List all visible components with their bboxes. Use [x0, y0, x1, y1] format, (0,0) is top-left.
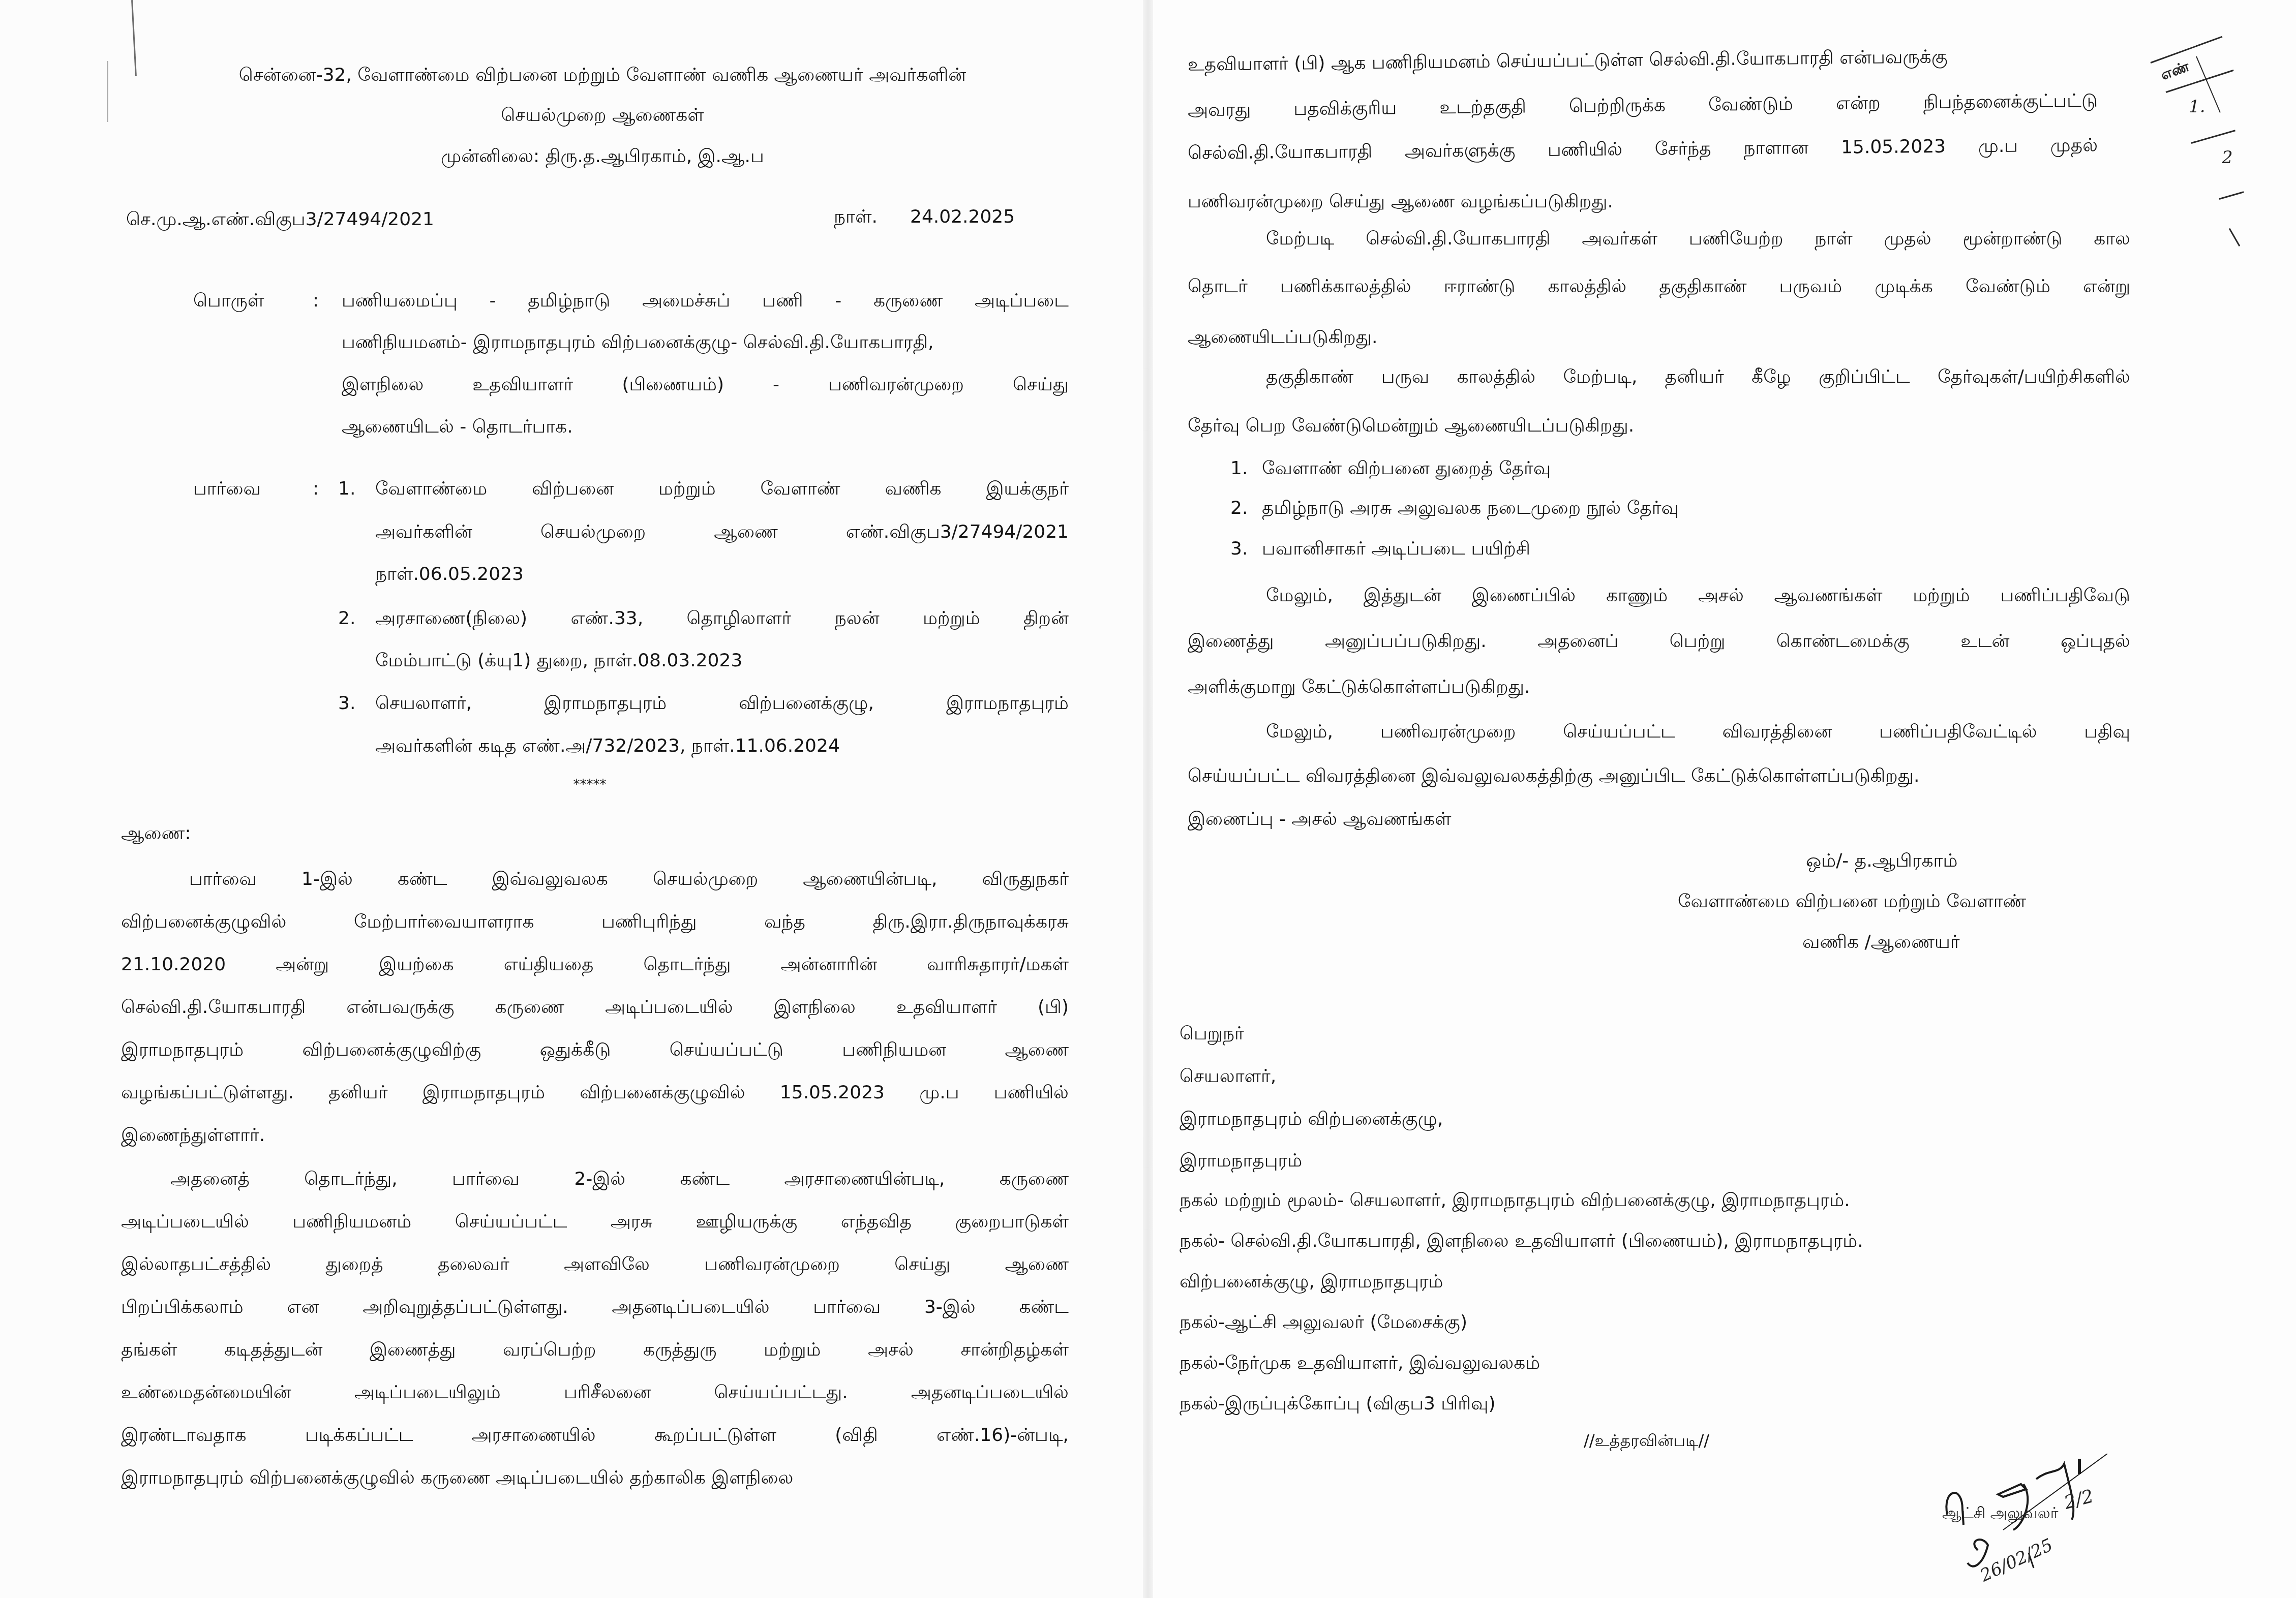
- order-para2-line: இல்லாதபட்சத்தில் துறைத் தலைவர் அளவிலே பண…: [121, 1253, 1069, 1276]
- order-para1-line: விற்பனைக்குழுவில் மேற்பார்வையாளராக பணிபு…: [121, 911, 1069, 933]
- presence-line: முன்னிலை: திரு.த.ஆபிரகாம், இ.ஆ.ப: [127, 145, 1078, 168]
- order-para6-line: மேலும், பணிவரன்முறை செய்யப்பட்ட விவரத்தி…: [1266, 721, 2130, 743]
- copy-to-line: நகல்- செல்வி.தி.யோகபாரதி, இளநிலை உதவியாள…: [1180, 1230, 1863, 1252]
- margin-number-2: 2: [2222, 147, 2233, 168]
- order-para2-line: இரண்டாவதாக படிக்கப்பட்ட அரசாணையில் கூறப்…: [121, 1424, 1069, 1447]
- subject-line: பணிநியமனம்- இராமநாதபுரம் விற்பனைக்குழு- …: [342, 331, 933, 354]
- recipient-line: இராமநாதபுரம்: [1180, 1150, 1302, 1172]
- enclosure-line: இணைப்பு - அசல் ஆவணங்கள்: [1188, 808, 1451, 831]
- recipients-label: பெறுநர்: [1180, 1023, 1244, 1045]
- copy-to-line: நகல்-நேர்முக உதவியாளர், இவ்வலுவலகம்: [1180, 1352, 1540, 1374]
- exam-item-2: தமிழ்நாடு அரசு அலுவலக நடைமுறை நூல் தேர்வ…: [1262, 497, 1679, 519]
- reference-number-3: 3.: [338, 692, 355, 715]
- reference-3-line: அவர்களின் கடித எண்.அ/732/2023, நாள்.11.0…: [375, 735, 840, 757]
- reference-3-line: செயலாளர், இராமநாதபுரம் விற்பனைக்குழு, இர…: [375, 692, 1069, 715]
- reference-number: செ.மு.ஆ.எண்.விகுப3/27494/2021: [126, 208, 434, 231]
- order-heading: ஆணை:: [121, 822, 191, 845]
- subject-line: ஆணையிடல் - தொடர்பாக.: [342, 416, 573, 438]
- signatory-designation: வணிக /ஆணையர்: [1802, 931, 1960, 954]
- separator-asterisks: *****: [539, 774, 641, 796]
- proceedings-title: செயல்முறை ஆணைகள்: [127, 104, 1078, 127]
- order-para4-line: தகுதிகாண் பருவ காலத்தில் மேற்படி, தனியர்…: [1266, 366, 2130, 388]
- reference-1-line: அவர்களின் செயல்முறை ஆணை எண்.விகுப3/27494…: [375, 521, 1069, 543]
- page-fold: [1143, 0, 1153, 1598]
- recipient-line: செயலாளர்,: [1180, 1065, 1276, 1088]
- office-header-line: சென்னை-32, வேளாண்மை விற்பனை மற்றும் வேளா…: [127, 64, 1078, 86]
- order-para2-line: இராமநாதபுரம் விற்பனைக்குழுவில் கருணை அடி…: [121, 1467, 793, 1489]
- order-para2-line: அதனைத் தொடர்ந்து, பார்வை 2-இல் கண்ட அரசா…: [170, 1168, 1069, 1190]
- order-para5-line: இணைத்து அனுப்பப்படுகிறது. அதனைப் பெற்று …: [1188, 630, 2130, 653]
- references-colon: :: [313, 478, 319, 500]
- reference-1-line: வேளாண்மை விற்பனை மற்றும் வேளாண் வணிக இயக…: [375, 478, 1069, 500]
- signed-by: ஒம்/- த.ஆபிரகாம்: [1806, 850, 1957, 872]
- reference-number-2: 2.: [338, 607, 355, 630]
- copy-to-line: விற்பனைக்குழு, இராமநாதபுரம்: [1180, 1271, 1443, 1293]
- order-para2-line: பிறப்பிக்கலாம் என அறிவுறுத்தப்பட்டுள்ளது…: [121, 1296, 1069, 1318]
- signatory-designation: வேளாண்மை விற்பனை மற்றும் வேளாண்: [1678, 890, 2026, 913]
- order-para4-line: தேர்வு பெற வேண்டுமென்றும் ஆணையிடப்படுகிற…: [1188, 415, 1634, 437]
- date-value: 24.02.2025: [910, 206, 1015, 228]
- recipient-line: இராமநாதபுரம் விற்பனைக்குழு,: [1180, 1108, 1443, 1130]
- exam-item-1: வேளாண் விற்பனை துறைத் தேர்வு: [1262, 457, 1551, 480]
- order-para3-line: மேற்படி செல்வி.தி.யோகபாரதி அவர்கள் பணியே…: [1266, 228, 2130, 250]
- order-para1-line: இணைந்துள்ளார்.: [121, 1124, 265, 1147]
- signature-designation: ஆட்சி அலுவலர்: [1942, 1504, 2058, 1524]
- order-para2-line: உண்மைதன்மையின் அடிப்படையிலும் பரிசீலனை ச…: [121, 1381, 1069, 1404]
- reference-number-1: 1.: [338, 478, 355, 500]
- order-para1-line: செல்வி.தி.யோகபாரதி என்பவருக்கு கருணை அடி…: [121, 996, 1069, 1019]
- subject-line: பணியமைப்பு - தமிழ்நாடு அமைச்சுப் பணி - க…: [342, 290, 1069, 312]
- order-para6-line: செய்யப்பட்ட விவரத்தினை இவ்வலுவலகத்திற்கு…: [1188, 765, 1920, 787]
- order-para3-line: ஆணையிடப்படுகிறது.: [1188, 326, 1377, 349]
- order-para1-line: வழங்கப்பட்டுள்ளது. தனியர் இராமநாதபுரம் வ…: [121, 1082, 1069, 1104]
- order-para5-line: அளிக்குமாறு கேட்டுக்கொள்ளப்படுகிறது.: [1188, 676, 1530, 698]
- order-para1-line: 21.10.2020 அன்று இயற்கை எய்தியதை தொடர்ந்…: [121, 954, 1069, 976]
- order-para2-cont-line: பணிவரன்முறை செய்து ஆணை வழங்கப்படுகிறது.: [1188, 191, 1613, 213]
- order-para2-line: தங்கள் கடிதத்துடன் இணைத்து வரப்பெற்ற கரு…: [121, 1339, 1069, 1361]
- order-para5-line: மேலும், இத்துடன் இணைப்பில் காணும் அசல் ஆ…: [1266, 585, 2130, 607]
- reference-1-line: நாள்.06.05.2023: [375, 563, 524, 586]
- exam-number-1: 1.: [1230, 457, 1248, 480]
- copy-to-line: நகல்-இருப்புக்கோப்பு (விகுப3 பிரிவு): [1180, 1393, 1496, 1415]
- order-para2-line: அடிப்படையில் பணிநியமனம் செய்யப்பட்ட அரசு…: [121, 1211, 1069, 1233]
- handwritten-signature: ஆட்சி அலுவலர் 2/2 26/02/25: [1932, 1454, 2146, 1586]
- references-label: பார்வை: [193, 478, 261, 500]
- exam-item-3: பவானிசாகர் அடிப்படை பயிற்சி: [1262, 538, 1530, 560]
- exam-number-2: 2.: [1230, 497, 1248, 519]
- margin-number-1: 1.: [2189, 97, 2205, 117]
- order-para1-line: பார்வை 1-இல் கண்ட இவ்வலுவலக செயல்முறை ஆண…: [189, 868, 1069, 890]
- copy-to-line: நகல் மற்றும் மூலம்- செயலாளர், இராமநாதபுர…: [1180, 1189, 1850, 1212]
- by-order-line: //உத்தரவின்படி//: [1584, 1429, 1709, 1452]
- scan-edge-mark: [107, 61, 108, 122]
- subject-line: இளநிலை உதவியாளர் (பிணையம்) - பணிவரன்முறை…: [342, 374, 1069, 396]
- copy-to-line: நகல்-ஆட்சி அலுவலர் (மேசைக்கு): [1180, 1311, 1467, 1334]
- order-para1-line: இராமநாதபுரம் விற்பனைக்குழுவிற்கு ஒதுக்கீ…: [121, 1039, 1069, 1061]
- date-label: நாள்.: [834, 206, 878, 228]
- subject-label: பொருள்: [193, 290, 264, 312]
- reference-2-line: அரசாணை(நிலை) எண்.33, தொழிலாளர் நலன் மற்ற…: [375, 607, 1069, 630]
- exam-number-3: 3.: [1230, 538, 1248, 560]
- subject-colon: :: [313, 290, 319, 312]
- order-para3-line: தொடர் பணிக்காலத்தில் ஈராண்டு காலத்தில் த…: [1188, 275, 2130, 298]
- reference-2-line: மேம்பாட்டு (க்யு1) துறை, நாள்.08.03.2023: [375, 650, 742, 672]
